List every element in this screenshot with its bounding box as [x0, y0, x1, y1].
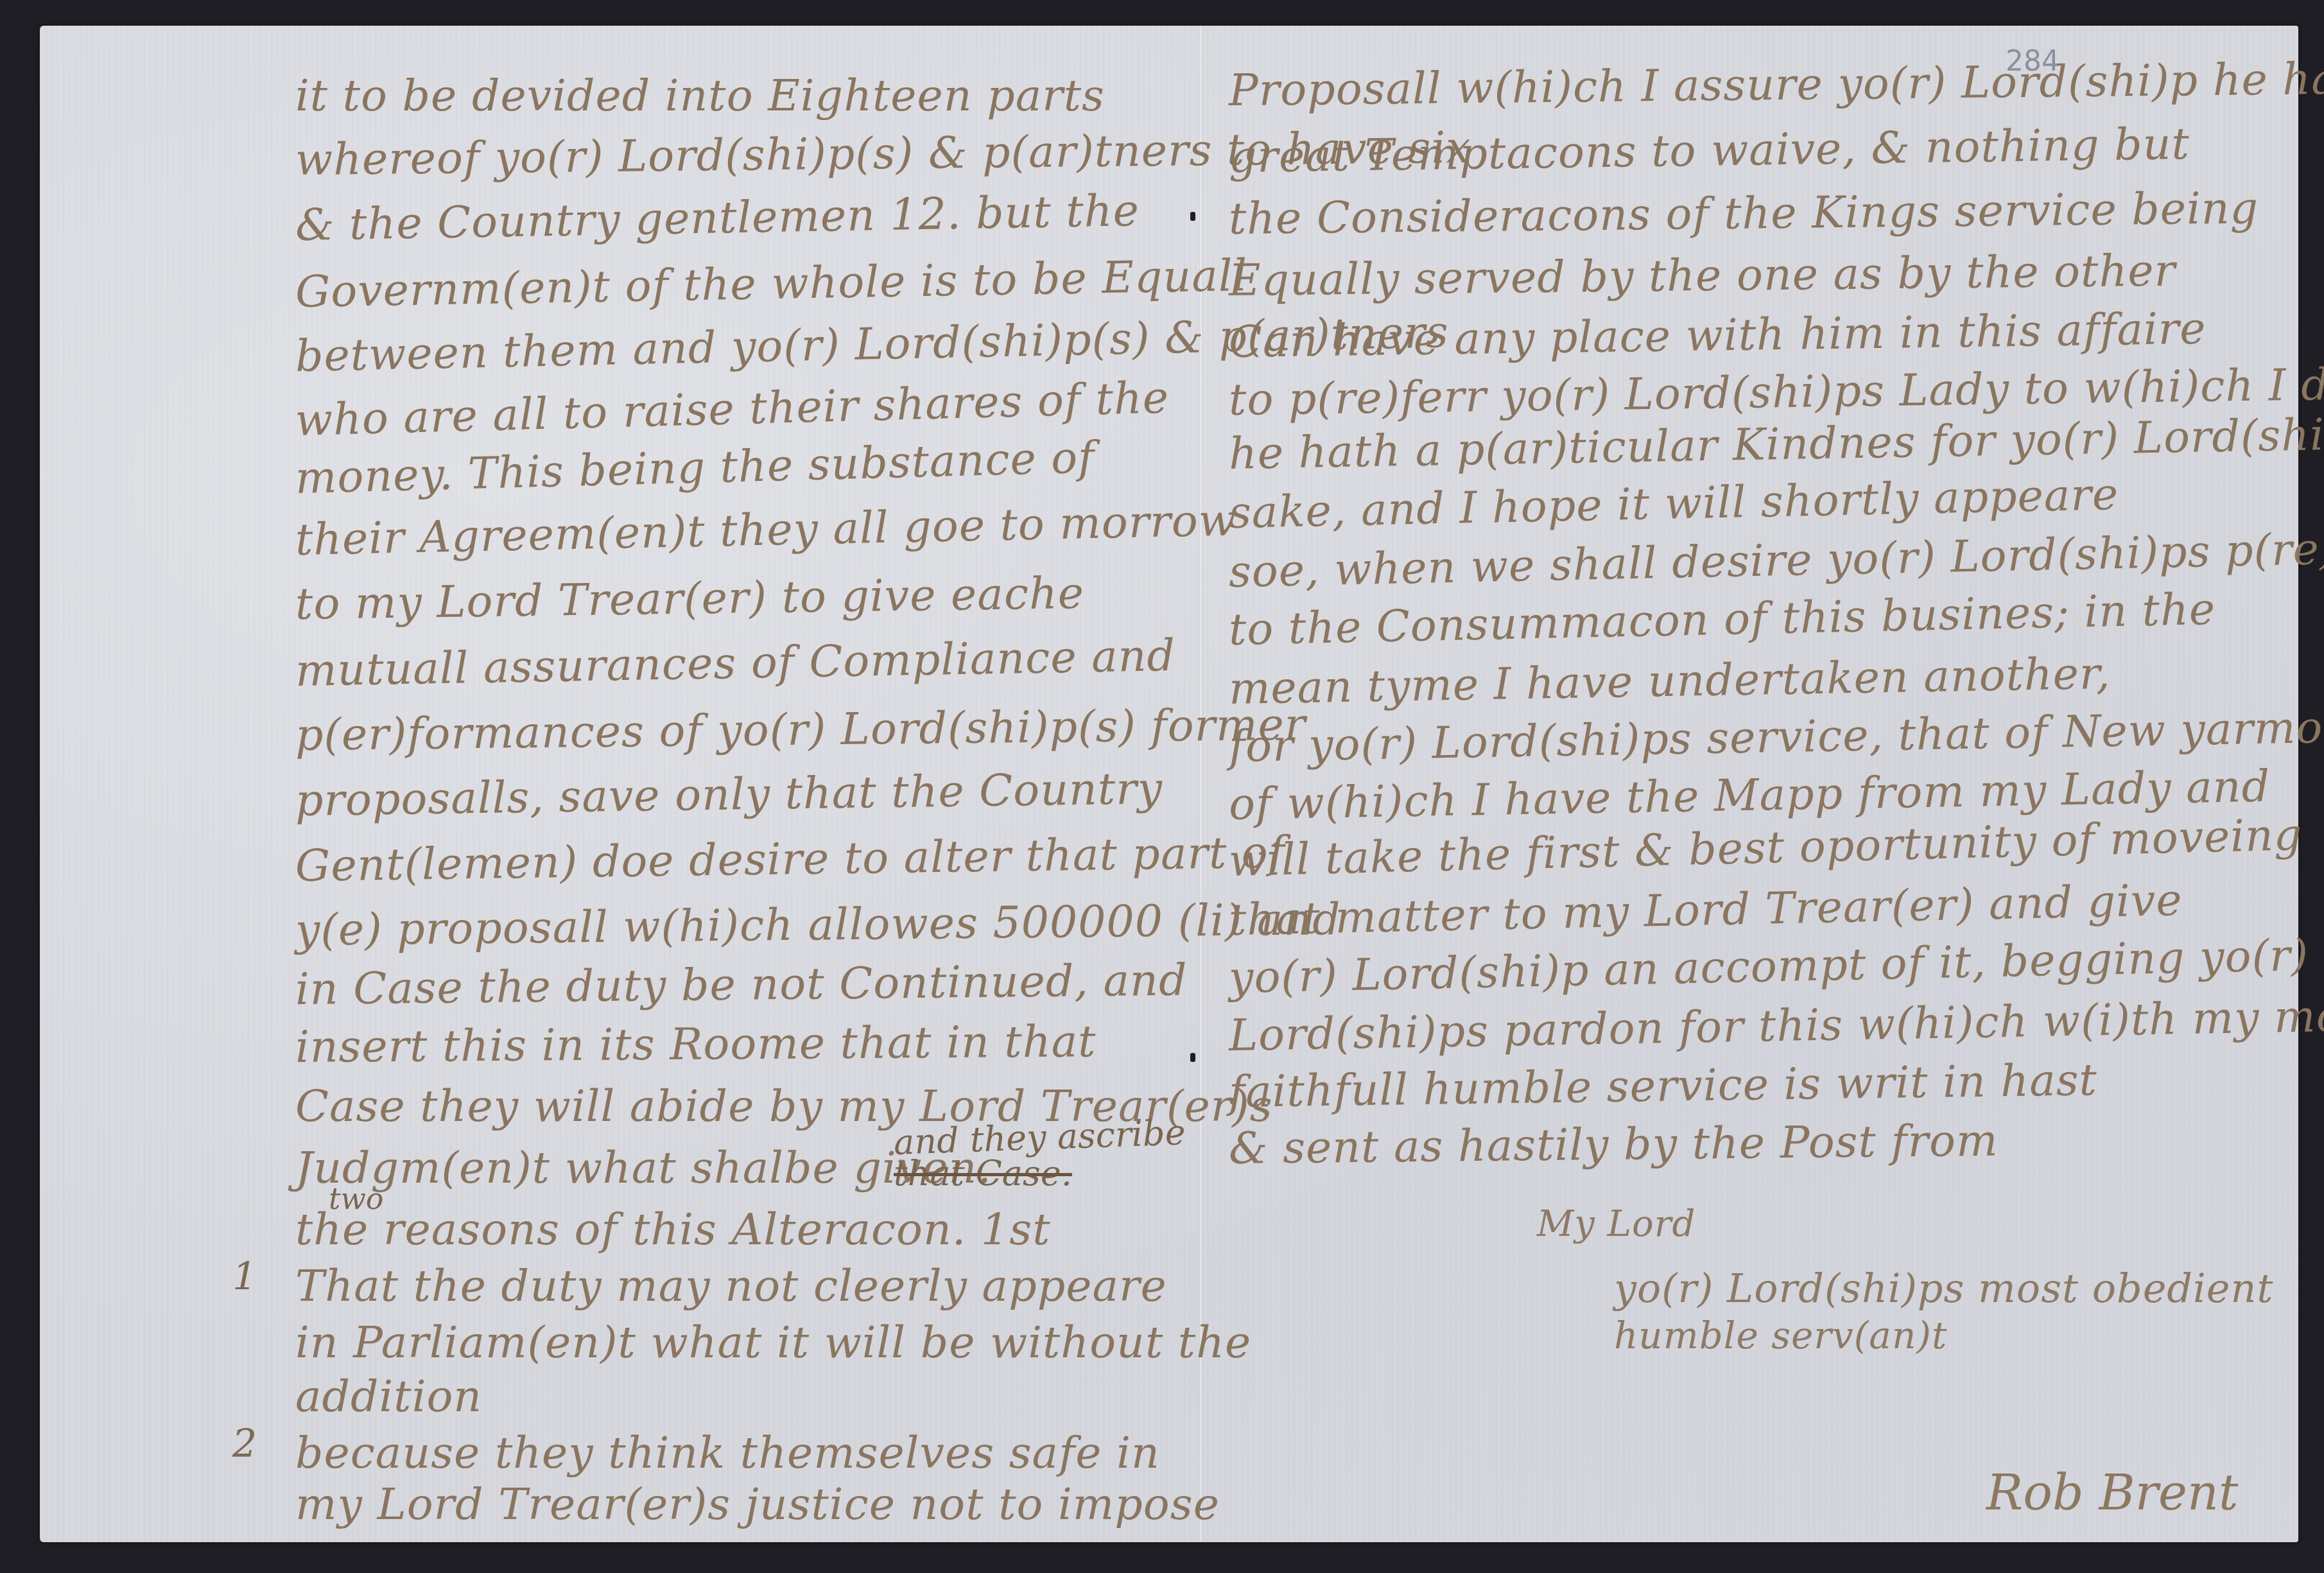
closing-line-1: yo(r) Lord(shi)ps most obedient: [1614, 1265, 2273, 1312]
right-line-8: sake, and I hope it will shortly appeare: [1228, 469, 2119, 539]
right-line-3: the Consideracons of the Kings service b…: [1229, 183, 2259, 245]
left-line-20: That the duty may not cleerly appeare: [295, 1261, 1167, 1312]
right-line-2: great Temptacons to waive, & nothing but: [1228, 119, 2190, 183]
right-line-4: Equally served by the one as by the othe…: [1229, 246, 2176, 306]
left-line-10: mutuall assurances of Compliance and: [295, 630, 1175, 697]
left-line-3: & the Country gentlemen 12. but the: [295, 186, 1140, 251]
salutation: My Lord: [1537, 1203, 1695, 1245]
left-line-19: the reasons of this Alteracon. 1st: [295, 1204, 1051, 1255]
closing-line-2: humble serv(an)t: [1614, 1314, 1947, 1357]
right-line-18: faithfull humble service is writ in hast: [1228, 1055, 2097, 1118]
left-line-4: Governm(en)t of the whole is to be Equal…: [295, 250, 1248, 318]
left-line-11: p(er)formances of yo(r) Lord(shi)p(s) fo…: [295, 700, 1306, 761]
right-line-1: Proposall w(hi)ch I assure yo(r) Lord(sh…: [1229, 53, 2324, 116]
right-line-15: that matter to my Lord Trear(er) and giv…: [1228, 875, 2183, 946]
left-line-14: y(e) proposall w(hi)ch allowes 500000 (l…: [295, 894, 1342, 956]
binding-hole: [1190, 1053, 1195, 1062]
right-line-10: to the Consummacon of this busines; in t…: [1228, 584, 2216, 656]
left-line-23: because they think themselves safe in: [295, 1428, 1160, 1479]
left-line-9: to my Lord Trear(er) to give eache: [295, 568, 1084, 630]
left-line-13: Gent(lemen) doe desire to alter that par…: [295, 827, 1285, 892]
struck-text: that Case.: [894, 1153, 1072, 1194]
right-line-19: & sent as hastily by the Post from: [1229, 1115, 1999, 1174]
letter-sheet: it to be devided into Eighteen parts whe…: [40, 26, 2298, 1542]
right-line-5: Can have any place with him in this affa…: [1228, 304, 2206, 368]
left-line-15: in Case the duty be not Continued, and: [295, 955, 1188, 1015]
right-line-12: for yo(r) Lord(shi)ps service, that of N…: [1228, 701, 2324, 772]
left-line-12: proposalls, save only that the Country: [295, 763, 1163, 826]
right-page: 284 Proposall w(hi)ch I assure yo(r) Lor…: [1203, 26, 2298, 1542]
left-line-21: in Parliam(en)t what it will be without …: [295, 1317, 1251, 1368]
right-line-11: mean tyme I have undertaken another,: [1228, 648, 2111, 715]
signature: Rob Brent: [1986, 1464, 2238, 1521]
left-line-16: insert this in its Roome that in that: [295, 1016, 1097, 1073]
left-line-18: Judgm(en)t what shalbe given.: [295, 1143, 992, 1194]
right-line-17: Lord(shi)ps pardon for this w(hi)ch w(i)…: [1228, 991, 2324, 1061]
left-line-22: addition: [295, 1371, 482, 1422]
left-line-1: it to be devided into Eighteen parts: [295, 71, 1105, 121]
left-page: it to be devided into Eighteen parts whe…: [40, 26, 1199, 1542]
margin-number-1: 1: [232, 1255, 257, 1299]
left-line-8: their Agreem(en)t they all goe to morrow: [295, 495, 1237, 566]
left-line-24: my Lord Trear(er)s justice not to impose: [295, 1479, 1220, 1530]
margin-number-2: 2: [232, 1421, 257, 1466]
binding-hole: [1190, 212, 1195, 221]
